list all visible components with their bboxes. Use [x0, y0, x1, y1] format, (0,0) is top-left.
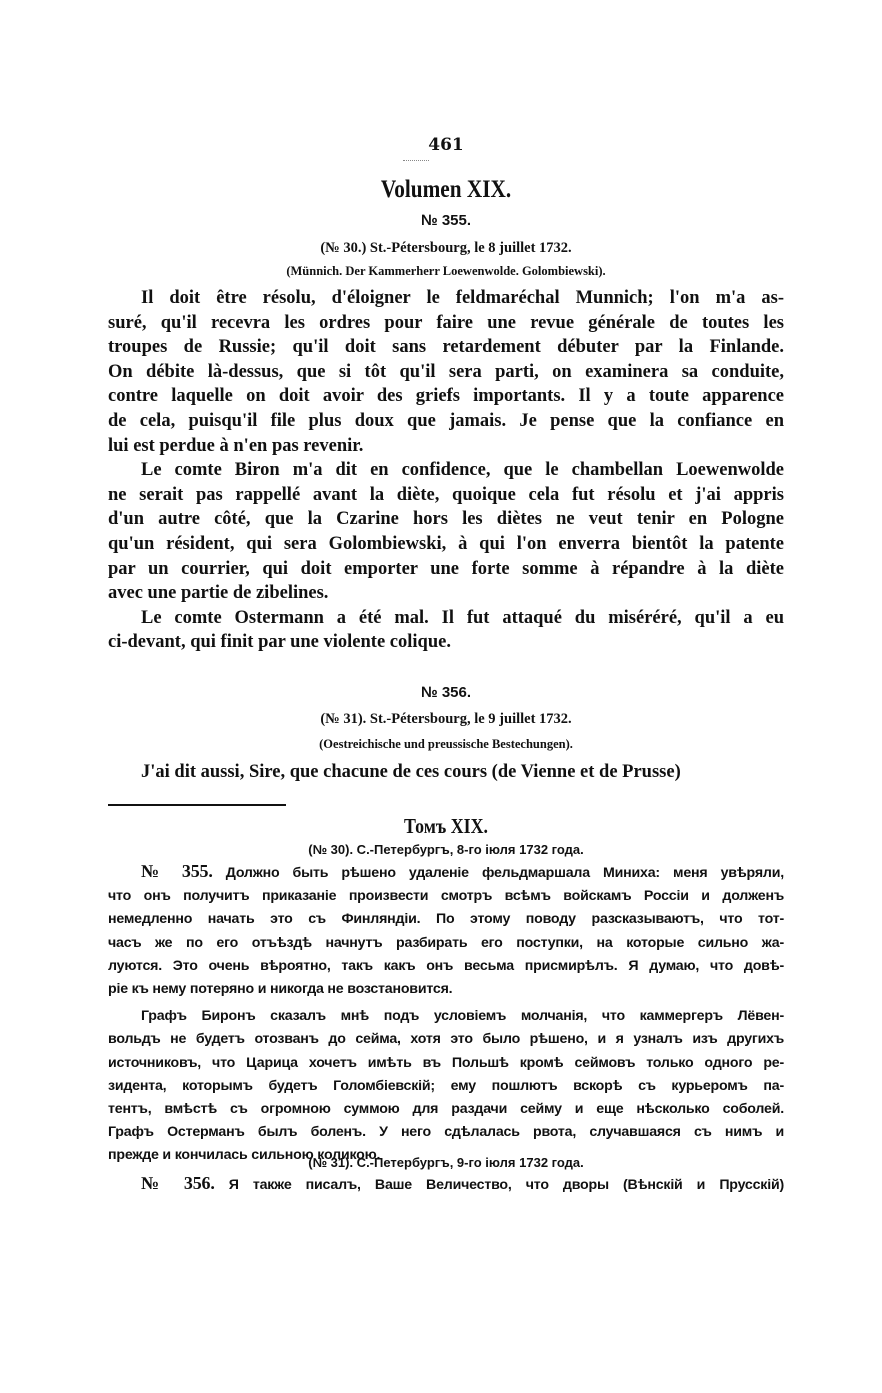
document-number-356: № 356. — [108, 684, 784, 701]
paragraph: № 355. Должно быть рѣшено удаленіе фельд… — [108, 860, 784, 1001]
text-line: par un courrier, qui doit emporter une f… — [108, 557, 784, 582]
text-line: Le comte Biron m'a dit en confidence, qu… — [108, 458, 784, 483]
text-line: avec une partie de zibelines. — [108, 581, 784, 606]
text-line: de cela, puisqu'il file plus doux que ja… — [108, 409, 784, 434]
dateline-355: (№ 30.) St.-Pétersbourg, le 8 juillet 17… — [108, 240, 784, 257]
text-line: suré, qu'il recevra les ordres pour fair… — [108, 311, 784, 336]
document-number-355: № 355. — [108, 212, 784, 229]
subject-356: (Oestreichische und preussische Bestechu… — [108, 737, 784, 752]
text-line: немедленно начать это съ Финляндіи. По э… — [108, 908, 784, 931]
section-separator-rule — [108, 804, 286, 806]
paragraph: Le comte Ostermann a été mal. Il fut att… — [108, 606, 784, 655]
ru-dateline-355: (№ 30). С.-Петербургъ, 8-го іюля 1732 го… — [108, 842, 784, 857]
text-line: ріе къ нему потеряно и никогда не возста… — [108, 978, 784, 1001]
text-line: источниковъ, что Царица хочетъ имѣть въ … — [108, 1052, 784, 1075]
russian-letter-356-body: № 356. Я также писалъ, Ваше Величество, … — [108, 1172, 784, 1197]
text-line: № 356. Я также писалъ, Ваше Величество, … — [108, 1172, 784, 1197]
text-line: d'un autre côté, que la Czarine hors les… — [108, 507, 784, 532]
french-volume-title: Volumen XIX. — [159, 176, 734, 204]
french-letter-356-body: J'ai dit aussi, Sire, que chacune de ces… — [108, 760, 784, 785]
text-line: Графъ Остерманъ былъ боленъ. У него сдѣл… — [108, 1121, 784, 1144]
document-number: № 356. — [141, 1173, 215, 1193]
ru-dateline-356: (№ 31). С.-Петербургъ, 9-го іюля 1732 го… — [108, 1155, 784, 1170]
dateline-356: (№ 31). St.-Pétersbourg, le 9 juillet 17… — [108, 711, 784, 728]
text-line: № 355. Должно быть рѣшено удаленіе фельд… — [108, 860, 784, 885]
paragraph: Le comte Biron m'a dit en confidence, qu… — [108, 458, 784, 606]
text-line: qu'un résident, qui sera Golombiewski, à… — [108, 532, 784, 557]
text-line: lui est perdue à n'en pas revenir. — [108, 434, 784, 459]
paragraph: Il doit être résolu, d'éloigner le feldm… — [108, 286, 784, 458]
subject-355: (Münnich. Der Kammerherr Loewenwolde. Go… — [108, 264, 784, 279]
russian-letter-355-body: № 355. Должно быть рѣшено удаленіе фельд… — [108, 860, 784, 1168]
page-number-mark — [403, 160, 429, 161]
french-letter-355-body: Il doit être résolu, d'éloigner le feldm… — [108, 286, 784, 655]
text-line: ci-devant, qui finit par une violente co… — [108, 630, 784, 655]
text-line: часъ же по его отъѣздѣ начнутъ разбирать… — [108, 932, 784, 955]
text-line: зидента, которымъ будетъ Голомбіевскій; … — [108, 1075, 784, 1098]
text-line: contre laquelle on doit avoir des griefs… — [108, 384, 784, 409]
text-line: J'ai dit aussi, Sire, que chacune de ces… — [108, 760, 784, 785]
text-line: Графъ Биронъ сказалъ мнѣ подъ условіемъ … — [108, 1005, 784, 1028]
paragraph: Графъ Биронъ сказалъ мнѣ подъ условіемъ … — [108, 1005, 784, 1167]
text-line: тентъ, вмѣстѣ съ огромною суммою для раз… — [108, 1098, 784, 1121]
text-line: Le comte Ostermann a été mal. Il fut att… — [108, 606, 784, 631]
russian-volume-title: Томъ XIX. — [159, 814, 734, 839]
text-span: Я также писалъ, Ваше Величество, что дво… — [229, 1177, 784, 1193]
text-line: луются. Это очень вѣроятно, такъ какъ он… — [108, 955, 784, 978]
text-line: troupes de Russie; qu'il doit sans retar… — [108, 335, 784, 360]
text-line: ne serait pas rappellé avant la diète, q… — [108, 483, 784, 508]
text-span: Должно быть рѣшено удаленіе фельдмаршала… — [226, 865, 784, 881]
text-line: вольдъ не будетъ отозванъ до сейма, хотя… — [108, 1028, 784, 1051]
page-number: 461 — [108, 135, 784, 155]
text-line: On débite là-dessus, que si tôt qu'il se… — [108, 360, 784, 385]
text-line: Il doit être résolu, d'éloigner le feldm… — [108, 286, 784, 311]
document-number: № 355. — [141, 861, 213, 881]
text-line: что онъ получитъ приказаніе произвести с… — [108, 885, 784, 908]
